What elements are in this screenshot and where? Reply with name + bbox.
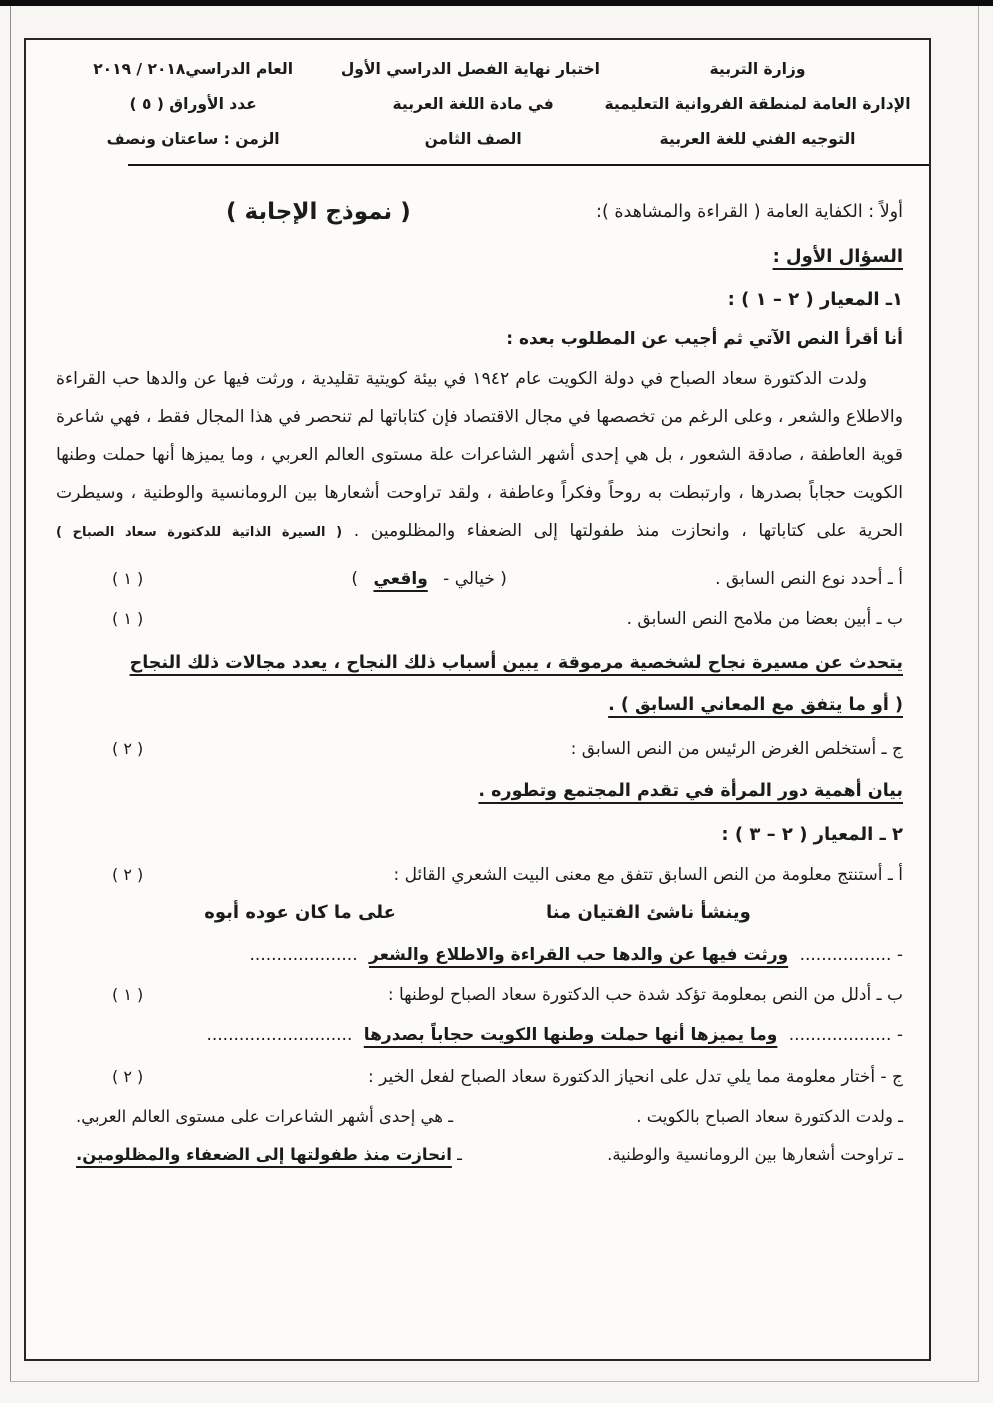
q2a-row: أ ـ أستنتج معلومة من النص السابق تتفق مع…	[26, 860, 929, 890]
q2a-answer: ورثت فيها عن والدها حب القراءة والاطلاع …	[369, 945, 788, 965]
reading-passage: ولدت الدكتورة سعاد الصباح في دولة الكويت…	[56, 360, 903, 552]
exam-subject: في مادة اللغة العربية	[346, 87, 600, 122]
question1-heading-row: السؤال الأول :	[26, 242, 929, 272]
question1-heading: السؤال الأول :	[773, 242, 903, 272]
reading-instruction: أنا أقرأ النص الآتي ثم أجيب عن المطلوب ب…	[506, 324, 903, 354]
document-frame: وزارة التربية الإدارة العامة لمنطقة الفر…	[24, 38, 931, 1361]
q1a-mark: ( ١ )	[112, 564, 143, 594]
q1a-choice-close: )	[351, 569, 358, 589]
academic-year: العام الدراسي٢٠١٨ / ٢٠١٩	[40, 52, 346, 87]
header-separator	[128, 164, 929, 166]
paper-edge-right	[978, 6, 979, 1381]
verse-second-hemistich: على ما كان عوده أبوه	[204, 898, 396, 928]
title-row: أولاً : الكفاية العامة ( القراءة والمشاه…	[26, 188, 929, 236]
q2b-answer-wrap: - ................... وما يميزها أنها حم…	[26, 1018, 929, 1052]
competency-heading: أولاً : الكفاية العامة ( القراءة والمشاه…	[596, 197, 903, 227]
q2c-options-row2: ـ تراوحت أشعارها بين الرومانسية والوطنية…	[26, 1140, 929, 1170]
answer-model-title: ( نموذج الإجابة )	[226, 197, 411, 227]
exam-grade: الصف الثامن	[346, 122, 600, 157]
q1c-answer: بيان أهمية دور المرأة في تقدم المجتمع وت…	[478, 781, 903, 801]
q2c-row: ج - أختار معلومة مما يلي تدل على انحياز …	[26, 1062, 929, 1092]
ministry-name: وزارة التربية	[600, 52, 915, 87]
header-exam-column: اختبار نهاية الفصل الدراسي الأول في مادة…	[346, 52, 600, 157]
q1a-choice-open: ( خيالي -	[443, 569, 507, 589]
criterion1-heading: ١ـ المعيار ( ٢ – ١ ) :	[728, 285, 903, 315]
scan-edge-top	[0, 0, 993, 6]
q2a-mark: ( ٢ )	[112, 860, 143, 890]
criterion1-row: ١ـ المعيار ( ٢ – ١ ) :	[26, 285, 929, 315]
q1a-question: أ ـ أحدد نوع النص السابق .	[715, 564, 903, 594]
verse-first-hemistich: وينشأ ناشئ الفتيان منا	[546, 898, 751, 928]
q1b-answer-line2: ( أو ما يتفق مع المعاني السابق ) .	[608, 695, 903, 715]
instruction-row: أنا أقرأ النص الآتي ثم أجيب عن المطلوب ب…	[26, 324, 929, 354]
education-district: الإدارة العامة لمنطقة الفروانية التعليمي…	[600, 87, 915, 122]
q1a-row: أ ـ أحدد نوع النص السابق . ( خيالي - واق…	[26, 564, 929, 594]
q1b-mark: ( ١ )	[112, 604, 143, 634]
scanned-exam-page: وزارة التربية الإدارة العامة لمنطقة الفر…	[0, 0, 993, 1403]
q2c-option4-wrap: ـ انحازت منذ طفولتها إلى الضعفاء والمظلو…	[76, 1140, 462, 1170]
q2c-option3: ـ تراوحت أشعارها بين الرومانسية والوطنية…	[607, 1140, 903, 1170]
q2c-option1: ـ ولدت الدكتورة سعاد الصباح بالكويت .	[636, 1102, 903, 1132]
q2c-question: ج - أختار معلومة مما يلي تدل على انحياز …	[368, 1062, 903, 1092]
criterion2-heading: ٢ ـ المعيار ( ٢ – ٣ ) :	[721, 820, 903, 850]
passage-source: ( السيرة الذاتية للدكتورة سعاد الصباح )	[56, 525, 342, 540]
q2a-question: أ ـ أستنتج معلومة من النص السابق تتفق مع…	[393, 860, 903, 890]
q1b-answer-line1: يتحدث عن مسيرة نجاح لشخصية مرموقة ، يبين…	[130, 653, 903, 673]
pages-count: عدد الأوراق ( ٥ )	[40, 87, 346, 122]
q1b-answer-line1-wrap: يتحدث عن مسيرة نجاح لشخصية مرموقة ، يبين…	[26, 646, 929, 680]
q2c-option4-answer: انحازت منذ طفولتها إلى الضعفاء والمظلومي…	[76, 1145, 452, 1164]
q1c-mark: ( ٢ )	[112, 734, 143, 764]
q1b-answer-line2-wrap: ( أو ما يتفق مع المعاني السابق ) .	[26, 688, 929, 722]
paper-edge-bottom	[10, 1381, 979, 1382]
q1a-choices: ( خيالي - واقعي )	[351, 564, 507, 594]
q2c-option4-dash: ـ	[452, 1145, 462, 1164]
paper-edge-left	[10, 6, 11, 1381]
q2a-answer-wrap: - ................. ورثت فيها عن والدها …	[26, 938, 929, 972]
passage-text: ولدت الدكتورة سعاد الصباح في دولة الكويت…	[56, 369, 903, 541]
q1a-answer: واقعي	[373, 569, 427, 589]
q1c-answer-wrap: بيان أهمية دور المرأة في تقدم المجتمع وت…	[26, 774, 929, 808]
q2a-answer-prefix: - .................	[800, 945, 903, 965]
poetry-verse: وينشأ ناشئ الفتيان منا على ما كان عوده أ…	[26, 898, 929, 928]
q2b-answer: وما يميزها أنها حملت وطنها الكويت حجاباً…	[364, 1025, 778, 1045]
header-info-column: العام الدراسي٢٠١٨ / ٢٠١٩ عدد الأوراق ( ٥…	[40, 52, 346, 157]
criterion2-row: ٢ ـ المعيار ( ٢ – ٣ ) :	[26, 820, 929, 850]
exam-duration: الزمن : ساعتان ونصف	[40, 122, 346, 157]
technical-supervision: التوجيه الفني للغة العربية	[600, 122, 915, 157]
q2b-answer-prefix: - ...................	[789, 1025, 903, 1045]
q2c-options-row1: ـ ولدت الدكتورة سعاد الصباح بالكويت . ـ …	[26, 1102, 929, 1132]
exam-title: اختبار نهاية الفصل الدراسي الأول	[346, 52, 600, 87]
q2b-row: ب ـ أدلل من النص بمعلومة تؤكد شدة حب الد…	[26, 980, 929, 1010]
q1b-question: ب ـ أبين بعضا من ملامح النص السابق .	[627, 604, 903, 634]
q2c-mark: ( ٢ )	[112, 1062, 143, 1092]
q2b-mark: ( ١ )	[112, 980, 143, 1010]
q2c-option2: ـ هي إحدى أشهر الشاعرات على مستوى العالم…	[76, 1102, 453, 1132]
q1c-row: ج ـ أستخلص الغرض الرئيس من النص السابق :…	[26, 734, 929, 764]
q2b-question: ب ـ أدلل من النص بمعلومة تؤكد شدة حب الد…	[388, 980, 903, 1010]
header-ministry-column: وزارة التربية الإدارة العامة لمنطقة الفر…	[600, 52, 915, 157]
q2b-answer-suffix: ...........................	[206, 1025, 352, 1045]
q1c-question: ج ـ أستخلص الغرض الرئيس من النص السابق :	[571, 734, 903, 764]
q1b-row: ب ـ أبين بعضا من ملامح النص السابق . ( ١…	[26, 604, 929, 634]
q2a-answer-suffix: ....................	[250, 945, 358, 965]
exam-body: أولاً : الكفاية العامة ( القراءة والمشاه…	[26, 188, 929, 1170]
exam-header: وزارة التربية الإدارة العامة لمنطقة الفر…	[26, 40, 929, 161]
